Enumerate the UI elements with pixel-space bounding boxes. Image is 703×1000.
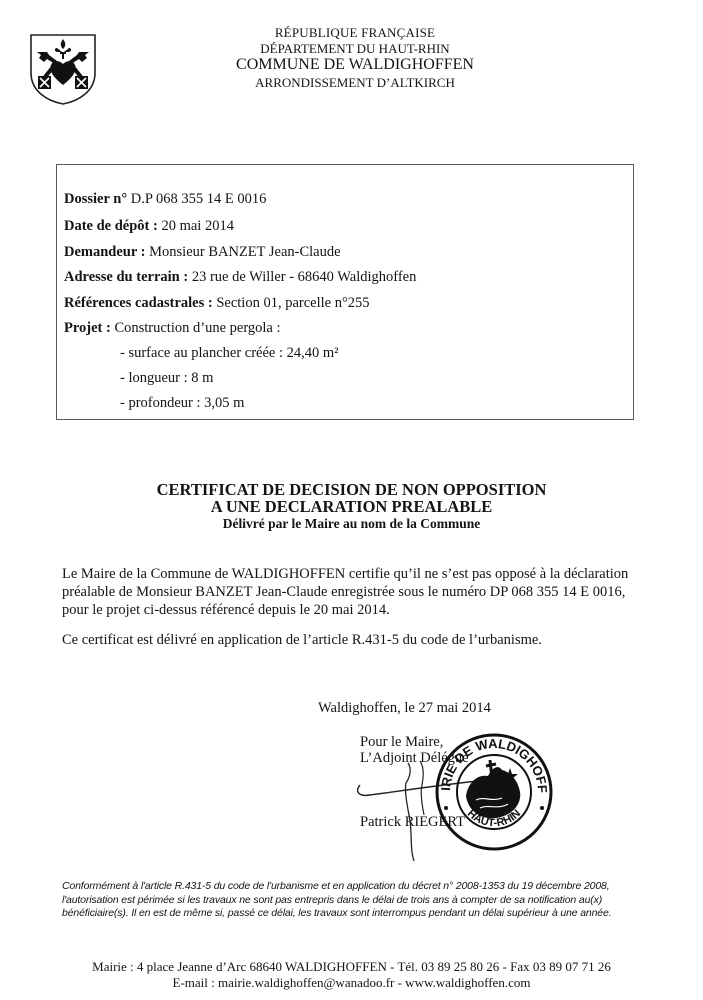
- certificate-subtitle: Délivré par le Maire au nom de la Commun…: [0, 517, 703, 531]
- projet-detail-longueur: - longueur : 8 m: [120, 371, 213, 386]
- paragraph-line: préalable de Monsieur BANZET Jean-Claude…: [62, 583, 642, 601]
- adresse-label: Adresse du terrain :: [64, 269, 188, 285]
- coat-of-arms-icon: [27, 33, 99, 105]
- dossier-number: Dossier n° D.P 068 355 14 E 0016: [64, 192, 266, 207]
- cadastre-label: Références cadastrales :: [64, 295, 213, 311]
- legal-basis-paragraph: Ce certificat est délivré en application…: [62, 631, 642, 649]
- projet-value: Construction d’une pergola :: [111, 320, 281, 336]
- header-arrondissement: ARRONDISSEMENT D’ALTKIRCH: [180, 76, 530, 89]
- certificate-title-line2: A UNE DECLARATION PREALABLE: [0, 499, 703, 516]
- footer-address: Mairie : 4 place Jeanne d’Arc 68640 WALD…: [0, 960, 703, 973]
- legal-footnote: Conformément à l'article R.431-5 du code…: [62, 880, 642, 921]
- dossier-number-label: Dossier n°: [64, 191, 127, 207]
- dossier-demandeur: Demandeur : Monsieur BANZET Jean-Claude: [64, 245, 341, 260]
- signature-role: Pour le Maire,: [360, 734, 443, 751]
- adresse-value: 23 rue de Willer - 68640 Waldighoffen: [188, 269, 416, 285]
- dossier-date-depot: Date de dépôt : 20 mai 2014: [64, 219, 234, 234]
- dossier-number-value: D.P 068 355 14 E 0016: [127, 191, 266, 207]
- projet-label: Projet :: [64, 320, 111, 336]
- certification-paragraph: Le Maire de la Commune de WALDIGHOFFEN c…: [62, 565, 642, 619]
- dossier-info-box: Dossier n° D.P 068 355 14 E 0016 Date de…: [56, 164, 634, 420]
- demandeur-label: Demandeur :: [64, 244, 146, 260]
- header-commune: COMMUNE DE WALDIGHOFFEN: [180, 57, 530, 73]
- footer-contact: E-mail : mairie.waldighoffen@wanadoo.fr …: [0, 976, 703, 989]
- projet-detail-surface: - surface au plancher créée : 24,40 m²: [120, 346, 339, 361]
- header-republic: RÉPUBLIQUE FRANÇAISE: [180, 26, 530, 39]
- footnote-line: l'autorisation est périmée si les travau…: [62, 894, 642, 908]
- header-department: DÉPARTEMENT DU HAUT-RHIN: [180, 42, 530, 55]
- dossier-projet: Projet : Construction d’une pergola :: [64, 321, 281, 336]
- paragraph-line: Le Maire de la Commune de WALDIGHOFFEN c…: [62, 565, 642, 583]
- footnote-line: Conformément à l'article R.431-5 du code…: [62, 880, 642, 894]
- dossier-cadastre: Références cadastrales : Section 01, par…: [64, 296, 370, 311]
- date-depot-value: 20 mai 2014: [158, 218, 234, 234]
- official-stamp-icon: MAIRIE DE WALDIGHOFFEN HAUT-RHIN: [432, 730, 556, 854]
- footnote-line: bénéficiaire(s). Il en est de même si, p…: [62, 907, 642, 921]
- dossier-adresse: Adresse du terrain : 23 rue de Willer - …: [64, 270, 416, 285]
- demandeur-value: Monsieur BANZET Jean-Claude: [146, 244, 341, 260]
- place-and-date: Waldighoffen, le 27 mai 2014: [318, 700, 491, 717]
- projet-detail-profondeur: - profondeur : 3,05 m: [120, 396, 244, 411]
- cadastre-value: Section 01, parcelle n°255: [213, 295, 370, 311]
- paragraph-line: pour le projet ci-dessus référencé depui…: [62, 601, 642, 619]
- date-depot-label: Date de dépôt :: [64, 218, 158, 234]
